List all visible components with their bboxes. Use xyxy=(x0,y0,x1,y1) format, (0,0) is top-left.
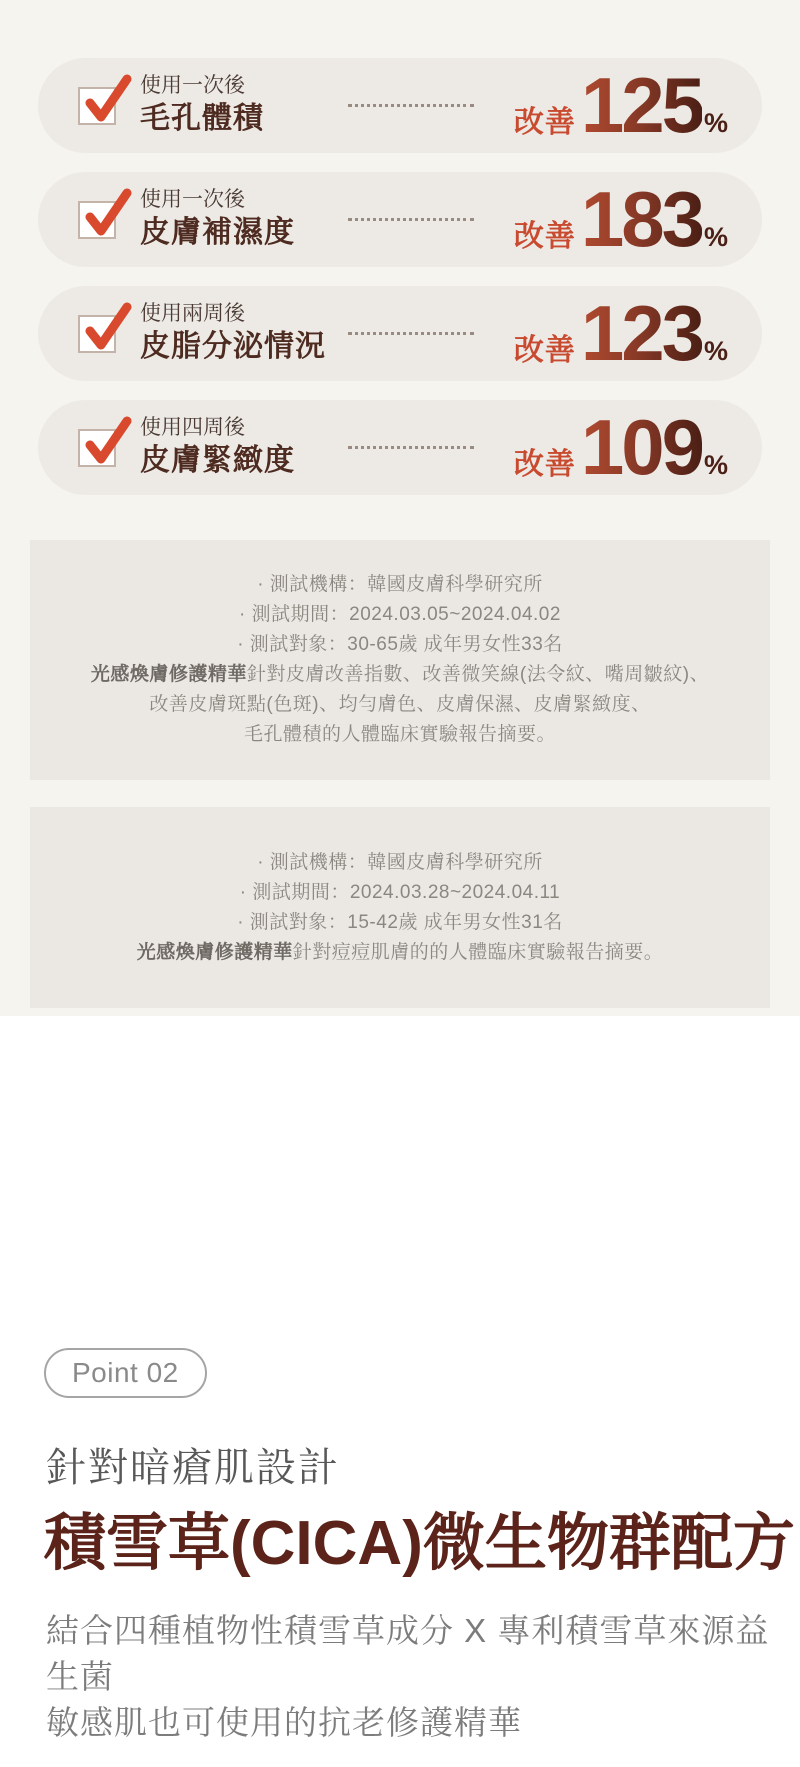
clinical-results-section: 使用一次後 毛孔體積 改善 125 % 使用一次後 皮膚補濕度 xyxy=(0,0,800,1016)
check-icon xyxy=(82,415,132,467)
product-name: 光感煥膚修護精華 xyxy=(137,942,293,963)
improve-percentage: 109 xyxy=(581,410,702,484)
dotted-divider xyxy=(348,446,474,449)
report-line: · 測試機構：韓國皮膚科學研究所 xyxy=(30,848,770,878)
stat-card-firmness: 使用四周後 皮膚緊緻度 改善 109 % xyxy=(38,400,762,495)
stat-metric: 皮膚補濕度 xyxy=(140,213,328,252)
improve-label: 改善 xyxy=(514,439,576,483)
percent-symbol: % xyxy=(704,108,728,139)
stat-value: 改善 123 % xyxy=(514,296,728,370)
description-line-1: 結合四種植物性積雪草成分 X 專利積雪草來源益生菌 xyxy=(46,1612,769,1695)
stat-text: 使用一次後 毛孔體積 xyxy=(140,73,328,138)
percent-symbol: % xyxy=(704,222,728,253)
checkbox-icon xyxy=(78,315,116,353)
checkbox-icon xyxy=(78,87,116,125)
report-summary: 改善皮膚斑點(色斑)、均勻膚色、皮膚保濕、皮膚緊緻度、 xyxy=(30,690,770,720)
stat-period: 使用四周後 xyxy=(140,415,328,441)
check-icon xyxy=(82,187,132,239)
section-title: 積雪草(CICA)微生物群配方 xyxy=(44,1510,800,1578)
stat-period: 使用一次後 xyxy=(140,73,328,99)
stat-text: 使用四周後 皮膚緊緻度 xyxy=(140,415,328,480)
stat-metric: 毛孔體積 xyxy=(140,99,328,138)
check-icon xyxy=(82,301,132,353)
stat-period: 使用一次後 xyxy=(140,187,328,213)
report-line: · 測試對象：30-65歲 成年男女性33名 xyxy=(30,630,770,660)
description-line-2: 敏感肌也可使用的抗老修護精華 xyxy=(46,1704,522,1741)
point-badge-label: Point 02 xyxy=(72,1357,179,1389)
section-subtitle: 針對暗瘡肌設計 xyxy=(46,1436,800,1493)
checkbox-icon xyxy=(78,201,116,239)
improve-percentage: 125 xyxy=(581,68,702,142)
point-02-section: Point 02 針對暗瘡肌設計 積雪草(CICA)微生物群配方 結合四種植物性… xyxy=(0,1016,800,1767)
check-icon xyxy=(82,73,132,125)
test-report-box-2: · 測試機構：韓國皮膚科學研究所 · 測試期間：2024.03.28~2024.… xyxy=(30,807,770,1008)
test-report-box-1: · 測試機構：韓國皮膚科學研究所 · 測試期間：2024.03.05~2024.… xyxy=(30,540,770,780)
stat-text: 使用一次後 皮膚補濕度 xyxy=(140,187,328,252)
stat-value: 改善 183 % xyxy=(514,182,728,256)
dotted-divider xyxy=(348,332,474,335)
report-line: · 測試期間：2024.03.05~2024.04.02 xyxy=(30,600,770,630)
report-summary: 光感煥膚修護精華針對痘痘肌膚的的人體臨床實驗報告摘要。 xyxy=(30,938,770,968)
dotted-divider xyxy=(348,218,474,221)
report-line: · 測試機構：韓國皮膚科學研究所 xyxy=(30,570,770,600)
stat-text: 使用兩周後 皮脂分泌情況 xyxy=(140,301,328,366)
improve-percentage: 183 xyxy=(581,182,702,256)
percent-symbol: % xyxy=(704,450,728,481)
stat-card-pore-volume: 使用一次後 毛孔體積 改善 125 % xyxy=(38,58,762,153)
report-line: · 測試對象：15-42歲 成年男女性31名 xyxy=(30,908,770,938)
stat-metric: 皮脂分泌情況 xyxy=(140,327,328,366)
report-summary: 毛孔體積的人體臨床實驗報告摘要。 xyxy=(30,720,770,750)
product-detail-page: 使用一次後 毛孔體積 改善 125 % 使用一次後 皮膚補濕度 xyxy=(0,0,800,1767)
point-badge: Point 02 xyxy=(44,1348,207,1398)
checkbox-icon xyxy=(78,429,116,467)
stat-metric: 皮膚緊緻度 xyxy=(140,441,328,480)
stat-card-hydration: 使用一次後 皮膚補濕度 改善 183 % xyxy=(38,172,762,267)
stat-value: 改善 125 % xyxy=(514,68,728,142)
product-name: 光感煥膚修護精華 xyxy=(91,664,247,685)
dotted-divider xyxy=(348,104,474,107)
improve-label: 改善 xyxy=(514,325,576,369)
stat-card-sebum: 使用兩周後 皮脂分泌情況 改善 123 % xyxy=(38,286,762,381)
stat-value: 改善 109 % xyxy=(514,410,728,484)
report-line: · 測試期間：2024.03.28~2024.04.11 xyxy=(30,878,770,908)
percent-symbol: % xyxy=(704,336,728,367)
improve-percentage: 123 xyxy=(581,296,702,370)
improve-label: 改善 xyxy=(514,97,576,141)
improve-label: 改善 xyxy=(514,211,576,255)
report-summary: 光感煥膚修護精華針對皮膚改善指數、改善微笑線(法令紋、嘴周皺紋)、 xyxy=(30,660,770,690)
stat-period: 使用兩周後 xyxy=(140,301,328,327)
section-description: 結合四種植物性積雪草成分 X 專利積雪草來源益生菌 敏感肌也可使用的抗老修護精華 xyxy=(46,1608,800,1746)
